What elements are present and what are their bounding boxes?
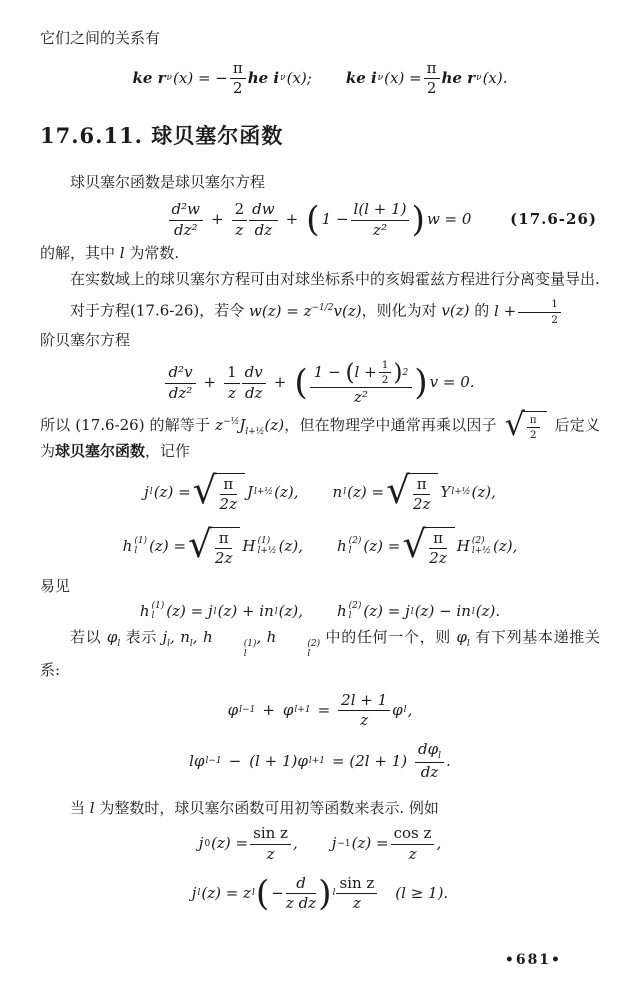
fraction-big-order: 1 − (l +12)2 z² (310, 359, 412, 406)
fraction-2-z: 2z (232, 201, 248, 239)
inline-w-substitution: w(z) = z−1/2v(z) (249, 302, 362, 320)
fraction-2l1-z: 2l + 1z (338, 692, 390, 730)
fraction-l-l1-z2: l(l + 1)z² (351, 201, 410, 239)
equation-j0-jm1: j0(z) = sin zz , j−1(z) = cos zz , (40, 825, 600, 863)
inline-phi: φl (107, 628, 120, 646)
fraction-dv-dz: dvdz (242, 364, 266, 402)
fraction-pi-over-2: π2 (424, 60, 440, 98)
paragraph-bessel-def: 球贝塞尔函数是球贝塞尔方程 (40, 172, 600, 194)
fraction-sinz-z: sin zz (250, 825, 291, 863)
inline-z-J-solution: z−½Jl+½(z) (215, 416, 284, 434)
equation-transformed: d²vdz² + 1z dvdz + ( 1 − (l +12)2 z² ) v… (40, 359, 600, 406)
her-symbol: he r (442, 68, 476, 90)
equation-kelvin-relations: ke rν(x) = − π2 he iν(x); ke iν(x) = π2 … (40, 60, 600, 98)
equation-number: (17.6-26) (510, 209, 597, 231)
sqrt-pi-2z: √π2z (386, 473, 438, 514)
line-bessel-order: 阶贝塞尔方程 (40, 330, 600, 352)
page-number: •681• (505, 950, 562, 970)
equation-recurrence-1: φl−1 + φl+1 = 2l + 1z φl, (40, 692, 600, 730)
fraction-d2w-dz2: d²wdz² (169, 201, 203, 239)
book-page: 它们之间的关系有 ke rν(x) = − π2 he iν(x); ke iν… (0, 0, 640, 988)
paragraph-solution-note: 的解，其中 l 为常数. (40, 243, 600, 265)
paragraph-recurrence-intro: 若以 φl 表示 jl, nl, h(1)l, h(2)l 中的任何一个，则 φ… (40, 627, 600, 682)
intro-paragraph: 它们之间的关系有 (40, 28, 600, 50)
hei-symbol: he i (248, 68, 279, 90)
fraction-d2v-dz2: d²vdz² (165, 364, 195, 402)
kei-symbol: ke i (346, 68, 377, 90)
section-heading: 17.6.11. 球贝塞尔函数 (40, 121, 600, 151)
equation-h-relations: h(1)l(z) = jl(z) + inl(z), h(2)l(z) = jl… (40, 601, 600, 623)
term-spherical-bessel: 球贝塞尔函数 (55, 442, 145, 460)
fraction-dphi-dz: dφldz (415, 741, 444, 782)
inline-phi: φl (456, 628, 469, 646)
inline-sqrt-pi-2: √π2 (505, 411, 547, 441)
equation-jl-formula: jl(z) = zl ( − dz dz )l sin zz (l ≥ 1). (40, 875, 600, 913)
paragraph-integer-case: 当 l 为整数时，球贝塞尔函数可用初等函数来表示. 例如 (40, 798, 600, 820)
fraction-sinz-z: sin zz (336, 875, 377, 913)
paragraph-derivation: 在实数域上的球贝塞尔方程可由对球坐标系中的亥姆霍兹方程进行分离变量导出. (40, 269, 600, 291)
equation-h-definitions: h(1)l(z) = √π2z H(1)l+½(z), h(2)l(z) = √… (40, 527, 600, 568)
fraction-1-z: 1z (224, 364, 240, 402)
inline-order: l +12 (494, 302, 563, 320)
sqrt-pi-2z: √π2z (193, 473, 245, 514)
equation-jn-definitions: jl(z) = √π2z Jl+½(z), nl(z) = √π2z Yl+½(… (40, 473, 600, 514)
fraction-pi-over-2: π2 (230, 60, 246, 98)
sqrt-pi-2z: √π2z (188, 527, 240, 568)
equation-17-6-26: d²wdz² + 2z dwdz + ( 1 − l(l + 1)z² ) w … (40, 201, 600, 239)
ker-symbol: ke r (132, 68, 165, 90)
fraction-cosz-z: cos zz (391, 825, 435, 863)
paragraph-solution-factor: 所以 (17.6-26) 的解等于 z−½Jl+½(z)，但在物理学中通常再乘以… (40, 411, 600, 463)
paragraph-substitution: 对于方程(17.6-26)，若令 w(z) = z−1/2v(z)，则化为对 v… (40, 298, 600, 325)
order-subscript: ν (167, 72, 172, 85)
inline-vz: v(z) (441, 302, 469, 320)
sqrt-pi-2z: √π2z (402, 527, 454, 568)
equation-recurrence-2: lφl−1 − (l + 1)φl+1 = (2l + 1) dφldz . (40, 741, 600, 782)
paragraph-yijian: 易见 (40, 576, 600, 598)
fraction-d-zdz: dz dz (286, 875, 316, 913)
fraction-dw-dz: dwdz (249, 201, 277, 239)
inline-function-list: jl, nl, h(1)l, h(2)l (162, 628, 320, 646)
